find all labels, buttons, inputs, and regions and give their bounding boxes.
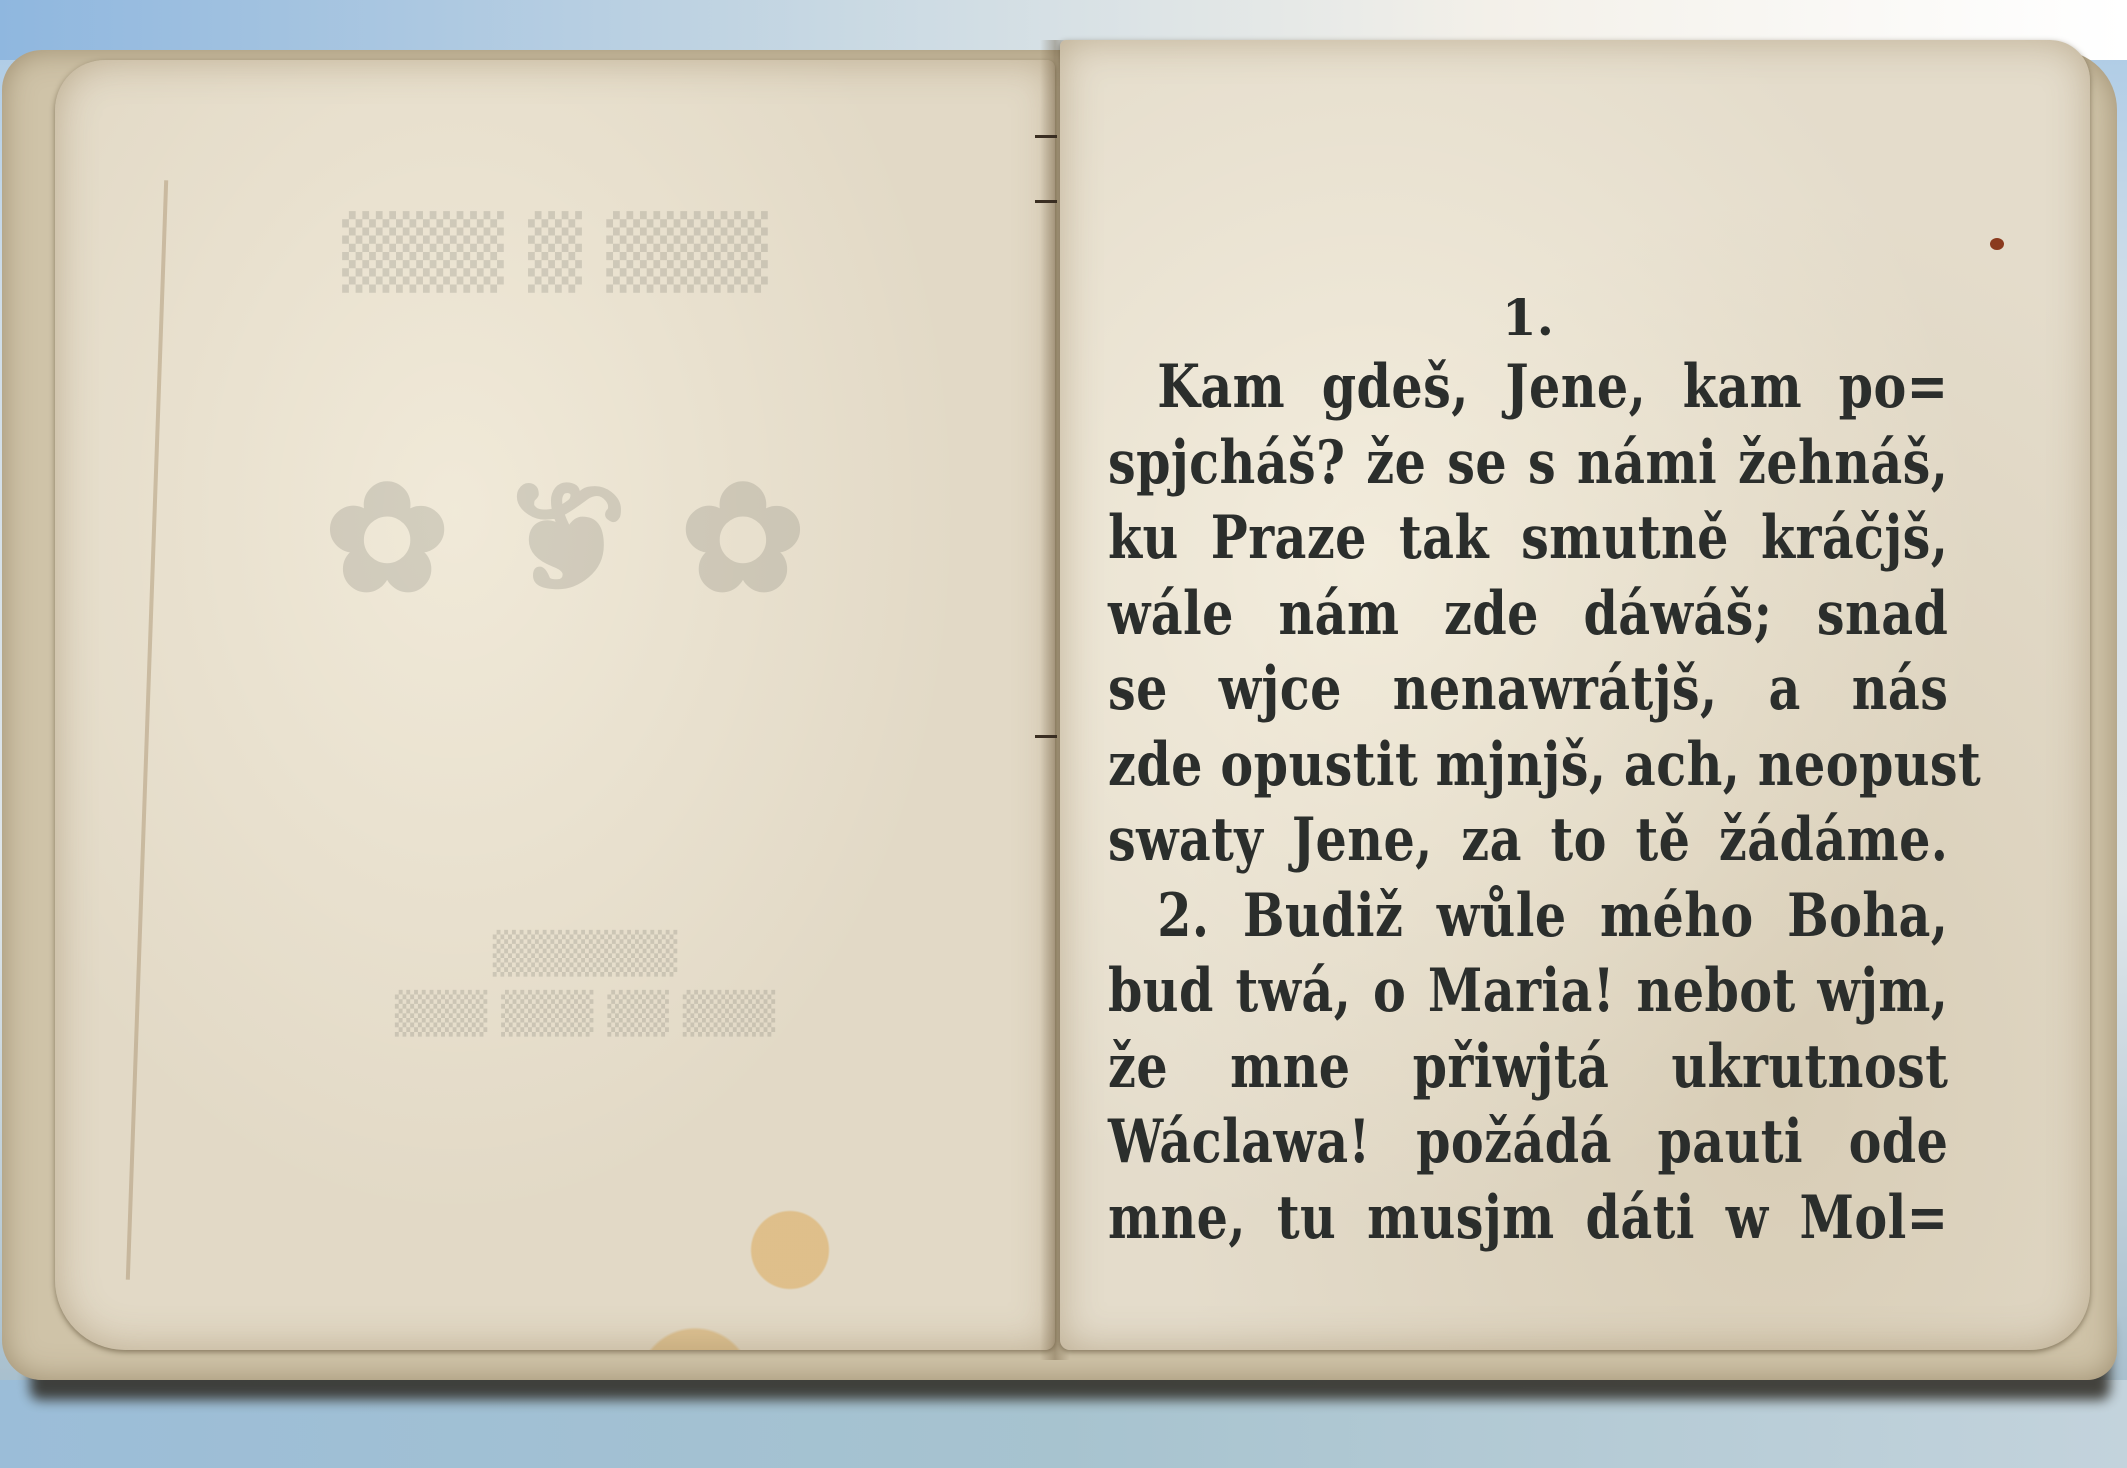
text-line: wále nám zde dáwáš; snad: [1108, 577, 1948, 653]
book-scan-scene: ▒▒▒ ▒ ▒▒▒ ✿ ❦ ✿ ▒▒▒▒▒▒ ▒▒▒ ▒▒ ▒▒▒ ▒▒▒ 1.…: [0, 0, 2127, 1468]
text-line: 2. Budiž wůle mého Boha,: [1108, 879, 1948, 955]
text-line: Wáclawa! požádá pauti ode: [1108, 1105, 1948, 1181]
left-page: ▒▒▒ ▒ ▒▒▒ ✿ ❦ ✿ ▒▒▒▒▒▒ ▒▒▒ ▒▒ ▒▒▒ ▒▒▒: [55, 60, 1055, 1350]
text-line: mne, tu musjm dáti w Mol=: [1108, 1181, 1948, 1257]
text-line: swaty Jene, za to tě žádáme.: [1108, 803, 1948, 879]
ink-stain: [1990, 238, 2004, 250]
text-line: bud twá, o Maria! nebot wjm,: [1108, 954, 1948, 1030]
binding-stitch: [1035, 135, 1057, 138]
bleed-through-illustration: ✿ ❦ ✿: [255, 450, 875, 626]
bleed-through-line: ▒▒▒▒▒▒: [385, 930, 785, 977]
text-line: že mne přiwjtá ukrutnost: [1108, 1030, 1948, 1106]
crease-line: [126, 180, 168, 1279]
text-line: spjcháš? že se s námi žehnáš,: [1108, 426, 1948, 502]
bleed-through-heading: ▒▒▒ ▒ ▒▒▒: [235, 210, 875, 293]
stanza-number: 1.: [1108, 290, 1948, 346]
text-line: zde opustit mjnjš, ach, neopust: [1108, 728, 1948, 804]
text-line: se wjce nenawrátjš, a nás: [1108, 652, 1948, 728]
text-line: Kam gdeš, Jene, kam po=: [1108, 350, 1948, 426]
binding-stitch: [1035, 200, 1057, 203]
bleed-through-line: ▒▒▒ ▒▒ ▒▒▒ ▒▒▒: [315, 990, 855, 1037]
text-line: ku Praze tak smutně kráčjš,: [1108, 501, 1948, 577]
hymn-text: 1. Kam gdeš, Jene, kam po= spjcháš? že s…: [1108, 290, 1948, 1256]
binding-stitch: [1035, 735, 1057, 738]
